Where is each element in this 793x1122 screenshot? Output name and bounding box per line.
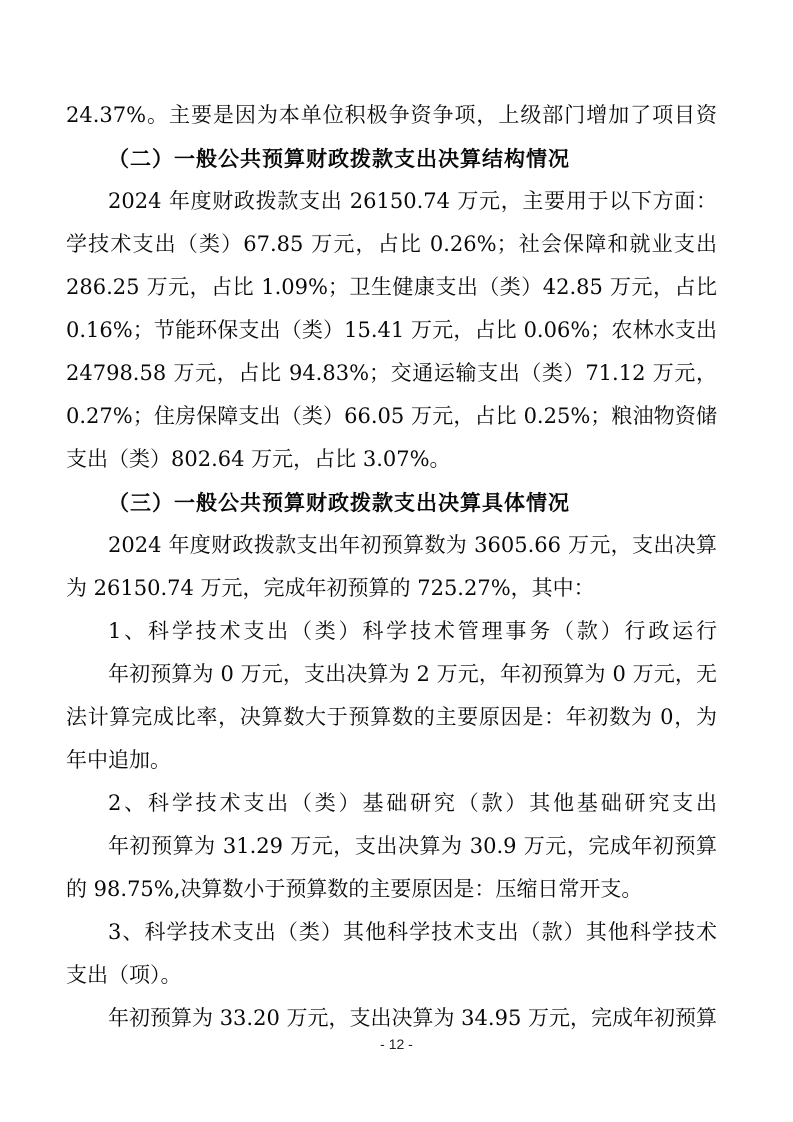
document-page: 24.37%。主要是因为本单位积极争资争项，上级部门增加了项目资金。（二）一般公… [0, 0, 793, 1122]
document-line: 支出（类）802.64 万元，占比 3.07%。 [66, 438, 717, 481]
document-line: 支出（项）。 [66, 954, 717, 997]
document-line: 1、科学技术支出（类）科学技术管理事务（款）行政运行（项）。 [66, 610, 717, 653]
document-line: 24.37%。主要是因为本单位积极争资争项，上级部门增加了项目资金。 [66, 94, 717, 137]
document-line: 3、科学技术支出（类）其他科学技术支出（款）其他科学技术 [66, 911, 717, 954]
document-line: 年初预算为 0 万元，支出决算为 2 万元，年初预算为 0 万元，无 [66, 653, 717, 696]
document-line: 年初预算为 33.20 万元，支出决算为 34.95 万元，完成年初预算 [66, 997, 717, 1040]
document-line: 年中追加。 [66, 739, 717, 782]
document-line: 2024 年度财政拨款支出年初预算数为 3605.66 万元，支出决算数 [66, 524, 717, 567]
page-number: - 12 - [0, 1036, 793, 1052]
document-line: 法计算完成比率，决算数大于预算数的主要原因是：年初数为 0，为 [66, 696, 717, 739]
document-line: 24798.58 万元，占比 94.83%；交通运输支出（类）71.12 万元，… [66, 352, 717, 395]
document-line: 为 26150.74 万元，完成年初预算的 725.27%，其中： [66, 567, 717, 610]
document-line: 的 98.75%,决算数小于预算数的主要原因是：压缩日常开支。 [66, 868, 717, 911]
document-line: 0.27%；住房保障支出（类）66.05 万元，占比 0.25%；粮油物资储备 [66, 395, 717, 438]
document-line: 年初预算为 31.29 万元，支出决算为 30.9 万元，完成年初预算 [66, 825, 717, 868]
document-line: 286.25 万元，占比 1.09%；卫生健康支出（类）42.85 万元，占比 [66, 266, 717, 309]
section-heading: （三）一般公共预算财政拨款支出决算具体情况 [66, 481, 717, 524]
document-line: 学技术支出（类）67.85 万元，占比 0.26%；社会保障和就业支出（类） [66, 223, 717, 266]
document-body: 24.37%。主要是因为本单位积极争资争项，上级部门增加了项目资金。（二）一般公… [66, 94, 717, 1040]
document-line: 2024 年度财政拨款支出 26150.74 万元，主要用于以下方面：科 [66, 180, 717, 223]
document-line: 0.16%；节能环保支出（类）15.41 万元，占比 0.06%；农林水支出（类… [66, 309, 717, 352]
document-line: 2、科学技术支出（类）基础研究（款）其他基础研究支出（项）。 [66, 782, 717, 825]
section-heading: （二）一般公共预算财政拨款支出决算结构情况 [66, 137, 717, 180]
